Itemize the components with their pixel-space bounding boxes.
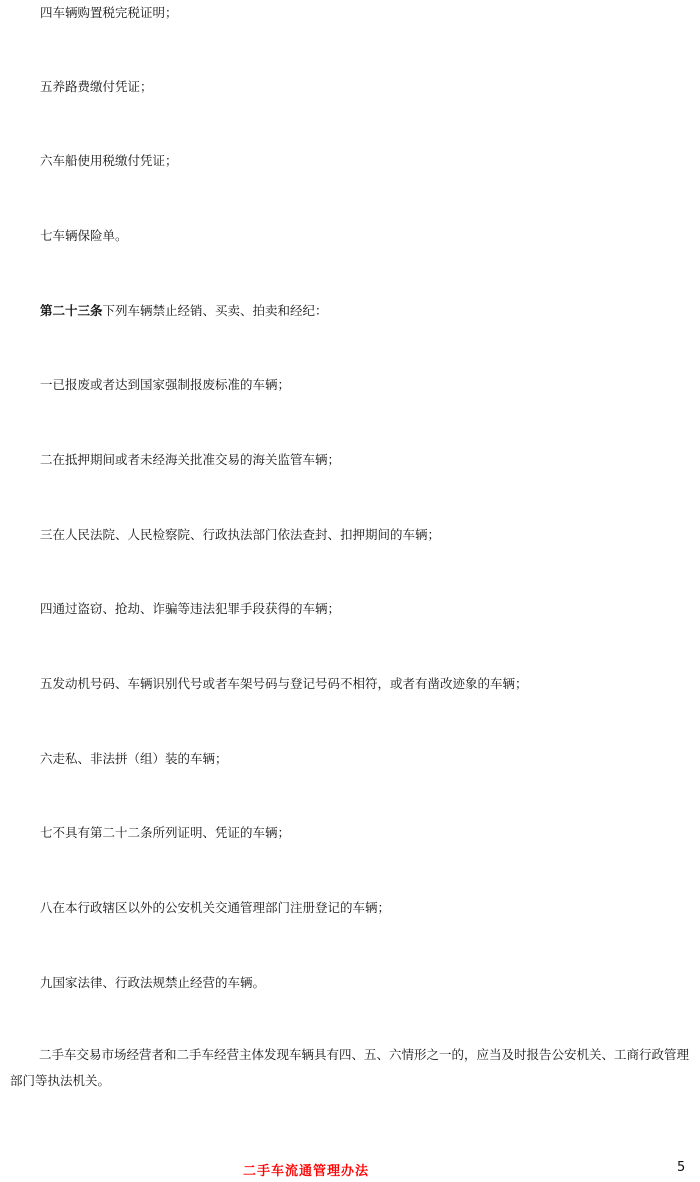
list-item: 三在人民法院、人民检察院、行政执法部门依法查封、扣押期间的车辆； bbox=[40, 527, 440, 543]
list-item: 六车船使用税缴付凭证； bbox=[40, 153, 178, 169]
list-item: 五发动机号码、车辆识别代号或者车架号码与登记号码不相符，或者有凿改迹象的车辆； bbox=[40, 676, 528, 692]
article-line: 第二十三条下列车辆禁止经销、买卖、拍卖和经纪： bbox=[40, 303, 328, 319]
list-item: 二在抵押期间或者未经海关批准交易的海关监管车辆； bbox=[40, 452, 340, 468]
list-item: 四车辆购置税完税证明； bbox=[40, 5, 178, 21]
list-item: 一已报废或者达到国家强制报废标准的车辆； bbox=[40, 377, 290, 393]
footer-title: 二手车流通管理办法 bbox=[243, 1160, 369, 1179]
page-number: 5 bbox=[677, 1160, 685, 1175]
list-item: 八在本行政辖区以外的公安机关交通管理部门注册登记的车辆； bbox=[40, 900, 390, 916]
list-item: 九国家法律、行政法规禁止经营的车辆。 bbox=[40, 975, 265, 991]
article-intro: 下列车辆禁止经销、买卖、拍卖和经纪： bbox=[103, 303, 328, 318]
list-item: 七不具有第二十二条所列证明、凭证的车辆； bbox=[40, 825, 290, 841]
list-item: 七车辆保险单。 bbox=[40, 228, 128, 244]
list-item: 六走私、非法拼（组）装的车辆； bbox=[40, 751, 228, 767]
document-page: 四车辆购置税完税证明； 五养路费缴付凭证； 六车船使用税缴付凭证； 七车辆保险单… bbox=[0, 0, 700, 1182]
article-heading: 第二十三条 bbox=[40, 303, 103, 318]
list-item: 五养路费缴付凭证； bbox=[40, 79, 153, 95]
closing-paragraph: 二手车交易市场经营者和二手车经营主体发现车辆具有四、五、六情形之一的，应当及时报… bbox=[10, 1042, 690, 1094]
list-item: 四通过盗窃、抢劫、诈骗等违法犯罪手段获得的车辆； bbox=[40, 601, 340, 617]
